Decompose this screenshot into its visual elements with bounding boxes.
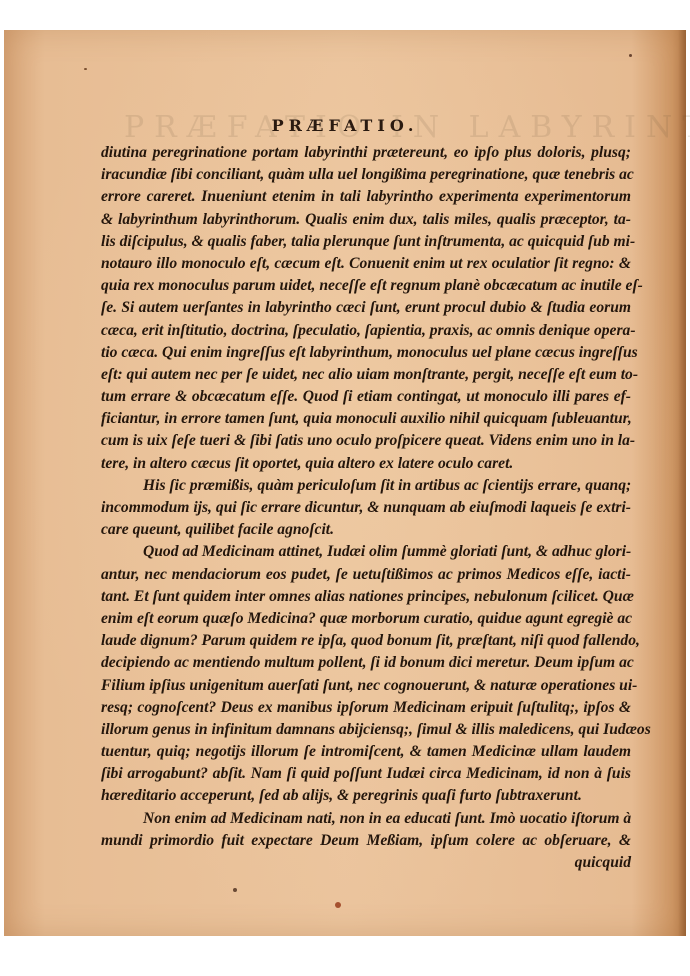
text-line: tuentur, quiq; negotijs illorum ſe intro… — [101, 741, 631, 763]
ink-speck — [233, 888, 237, 892]
text-line: lis diſcipulus, & qualis faber, talia pl… — [101, 231, 631, 253]
text-line: care queunt, quilibet facile agnoſcit. — [101, 519, 631, 541]
ink-speck — [84, 68, 87, 70]
text-line: eſt: qui autem nec per ſe uidet, nec ali… — [101, 364, 631, 386]
text-line: notauro illo monoculo eſt, cæcum eſt. Co… — [101, 253, 631, 275]
text-line: tant. Et ſunt quidem inter omnes alias n… — [101, 586, 631, 608]
catchword: quicquid — [101, 852, 631, 874]
text-line: ficiantur, in errore tamen ſunt, quia mo… — [101, 408, 631, 430]
book-page: PRÆFATIO IN LABYRINTH PRÆFATIO. diutina … — [4, 30, 686, 936]
text-line: Quod ad Medicinam attinet, Iudæi olim ſu… — [101, 541, 631, 563]
ink-speck — [629, 54, 632, 57]
text-line: iracundiæ ſibi conciliant, quàm ulla uel… — [101, 164, 631, 186]
text-line: illorum genus in infinitum damnans abijc… — [101, 719, 631, 741]
text-line: ſibi arrogabunt? abſit. Nam ſi quid poſſ… — [101, 763, 631, 785]
text-line: laude dignum? Parum quidem re ipſa, quod… — [101, 630, 631, 652]
text-line: tum errare & obcæcatum eſſe. Quod ſi eti… — [101, 386, 631, 408]
text-line: cum is uix ſeſe tueri & ſibi ſatis uno o… — [101, 430, 631, 452]
text-line: resq; cognoſcent? Deus ex manibus ipſoru… — [101, 697, 631, 719]
text-line: Non enim ad Medicinam nati, non in ea ed… — [101, 808, 631, 830]
body-text: diutina peregrinatione portam labyrinthi… — [101, 142, 631, 874]
page-heading: PRÆFATIO. — [4, 116, 686, 135]
text-line: hæreditario acceperunt, ſed ab alijs, & … — [101, 785, 631, 807]
text-line: ſe. Si autem uerſantes in labyrintho cæc… — [101, 297, 631, 319]
text-line: & labyrinthum labyrinthorum. Qualis enim… — [101, 209, 631, 231]
text-line: quia rex monoculus parum uidet, neceſſe … — [101, 275, 631, 297]
text-line: tere, in altero cæcus ſit oportet, quia … — [101, 453, 631, 475]
text-line: errore careret. Inueniunt etenim in tali… — [101, 186, 631, 208]
text-line: decipiendo ac mentiendo multum pollent, … — [101, 652, 631, 674]
text-line: diutina peregrinatione portam labyrinthi… — [101, 142, 631, 164]
text-line: enim eſt eorum quæſo Medicina? quæ morbo… — [101, 608, 631, 630]
text-line: incommodum ijs, qui ſic errare dicuntur,… — [101, 497, 631, 519]
text-line: antur, nec mendaciorum eos pudet, ſe uet… — [101, 564, 631, 586]
text-line: His ſic præmißis, quàm periculoſum ſit i… — [101, 475, 631, 497]
text-line: cæca, erit inſtitutio, doctrina, ſpecula… — [101, 320, 631, 342]
text-line: Filium ipſius unigenitum auerſati ſunt, … — [101, 675, 631, 697]
text-line: mundi primordio fuit expectare Deum Meßi… — [101, 830, 631, 852]
text-line: tio cæca. Qui enim ingreſſus eſt labyrin… — [101, 342, 631, 364]
ink-speck — [335, 902, 341, 908]
